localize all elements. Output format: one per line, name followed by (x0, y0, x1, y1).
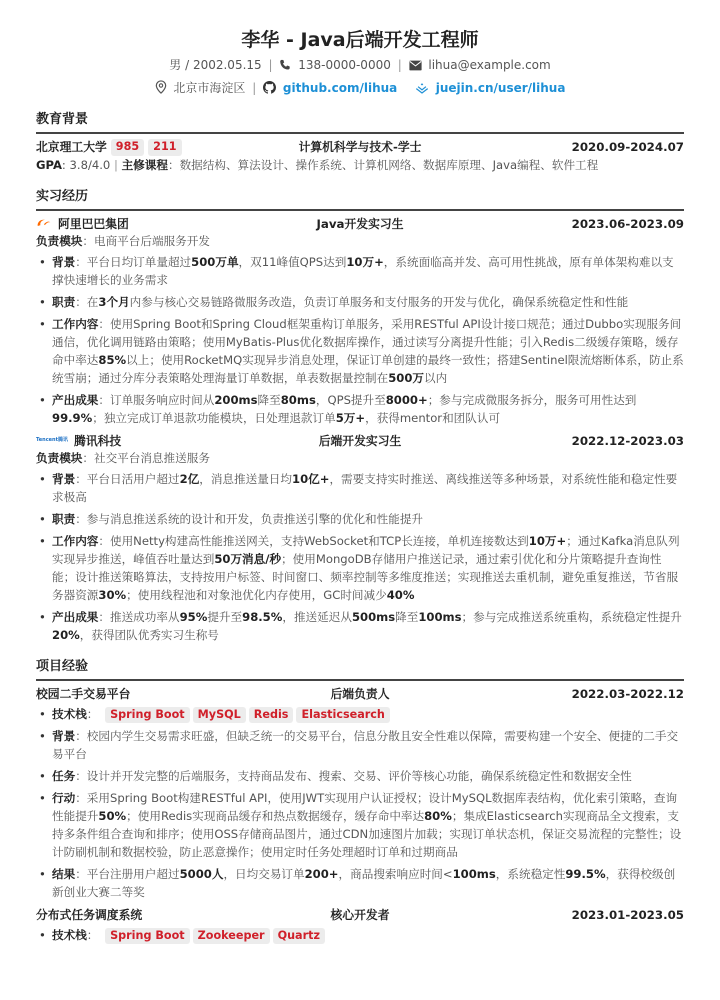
bullet-label: 职责 (52, 295, 75, 309)
resume-page: 李华 - Java后端开发工程师 男 / 2002.05.15 | 138-00… (0, 0, 720, 945)
bullet-list: 技术栈： Spring BootZookeeperQuartz (36, 927, 684, 945)
bullet-label: 背景 (52, 729, 75, 743)
project-task-scheduler: 分布式任务调度系统 核心开发者 2023.01-2023.05 技术栈： Spr… (36, 906, 684, 945)
separator: | (252, 81, 256, 95)
gender-birth: 男 / 2002.05.15 (169, 58, 261, 72)
project-name: 校园二手交易平台 (36, 685, 252, 703)
education-period: 2020.09-2024.07 (468, 138, 684, 156)
bullet-item: 职责：参与消息推送系统的设计和开发，负责推送引擎的优化和性能提升 (36, 511, 684, 529)
bullet-list: 背景：平台日活用户超过2亿，消息推送量日均10亿+，需要支持实时推送、离线推送等… (36, 471, 684, 645)
section-title-projects: 项目经验 (36, 657, 684, 681)
bullet-item: 结果：平台注册用户超过5000人，日均交易订单200+，商品搜索响应时间<100… (36, 866, 684, 902)
major: 计算机科学与技术-学士 (252, 138, 468, 156)
contact-line-2: 北京市海淀区 | github.com/lihua juejin.cn/user… (36, 80, 684, 98)
company-name: 阿里巴巴集团 (58, 215, 129, 233)
resume-header: 李华 - Java后端开发工程师 男 / 2002.05.15 | 138-00… (36, 29, 684, 98)
gpa-value: : 3.8/4.0 (62, 158, 110, 172)
tech-stack-label: 技术栈 (52, 707, 87, 721)
location-pin-icon (155, 80, 167, 98)
school-tag: 985 (111, 139, 144, 155)
tech-tag: Quartz (273, 928, 325, 944)
module-line: 负责模块：电商平台后端服务开发 (36, 233, 684, 251)
tencent-logo-icon: Tencent腾讯 (36, 438, 68, 443)
alibaba-logo-icon (36, 215, 52, 233)
internship-alibaba: 阿里巴巴集团 Java开发实习生 2023.06-2023.09 负责模块：电商… (36, 215, 684, 428)
tech-tag: Spring Boot (105, 928, 190, 944)
tech-tag: Zookeeper (193, 928, 270, 944)
section-title-education: 教育背景 (36, 110, 684, 134)
bullet-label: 结果 (52, 867, 75, 881)
tech-tag: Redis (249, 707, 294, 723)
company-name: 腾讯科技 (74, 432, 121, 450)
courses-value: ：数据结构、算法设计、操作系统、计算机网络、数据库原理、Java编程、软件工程 (168, 158, 598, 172)
github-link[interactable]: github.com/lihua (283, 81, 397, 95)
education-row: 北京理工大学 985 211 计算机科学与技术-学士 2020.09-2024.… (36, 138, 684, 156)
juejin-icon (415, 82, 429, 98)
bullet-item: 背景：平台日均订单量超过500万单，双11峰值QPS达到10万+，系统面临高并发… (36, 254, 684, 290)
project-name: 分布式任务调度系统 (36, 906, 252, 924)
phone-number: 138-0000-0000 (298, 58, 391, 72)
bullet-label: 职责 (52, 512, 75, 526)
bullet-item: 任务：设计并开发完整的后端服务，支持商品发布、搜索、交易、评价等核心功能，确保系… (36, 768, 684, 786)
project-header: 分布式任务调度系统 核心开发者 2023.01-2023.05 (36, 906, 684, 924)
bullet-item: 工作内容：使用Spring Boot和Spring Cloud框架重构订单服务，… (36, 316, 684, 388)
gpa-label: GPA (36, 158, 62, 172)
separator: | (269, 58, 273, 72)
bullet-label: 产出成果 (52, 393, 98, 407)
section-title-internships: 实习经历 (36, 187, 684, 211)
location: 北京市海淀区 (173, 81, 245, 95)
bullet-item: 职责：在3个月内参与核心交易链路微服务改造，负责订单服务和支付服务的开发与优化，… (36, 294, 684, 312)
tech-tag: Elasticsearch (296, 707, 389, 723)
bullet-label: 产出成果 (52, 610, 98, 624)
education-details: GPA: 3.8/4.0 | 主修课程：数据结构、算法设计、操作系统、计算机网络… (36, 157, 684, 175)
courses-label: 主修课程 (122, 158, 168, 172)
bullet-item: 工作内容：使用Netty构建高性能推送网关，支持WebSocket和TCP长连接… (36, 533, 684, 605)
tech-tag: Spring Boot (105, 707, 190, 723)
page-title: 李华 - Java后端开发工程师 (36, 29, 684, 52)
tech-stack-item: 技术栈： Spring BootMySQLRedisElasticsearch (36, 706, 684, 724)
juejin-link[interactable]: juejin.cn/user/lihua (436, 81, 566, 95)
internship-tencent: Tencent腾讯 腾讯科技 后端开发实习生 2022.12-2023.03 负… (36, 432, 684, 645)
tech-tag: MySQL (193, 707, 246, 723)
bullet-item: 背景：校园内学生交易需求旺盛，但缺乏统一的交易平台，信息分散且安全性难以保障，需… (36, 728, 684, 764)
bullet-item: 产出成果：推送成功率从95%提升至98.5%，推送延迟从500ms降至100ms… (36, 609, 684, 645)
bullet-list: 技术栈： Spring BootMySQLRedisElasticsearch (36, 706, 684, 724)
project-period: 2023.01-2023.05 (468, 906, 684, 924)
job-role: 后端开发实习生 (252, 432, 468, 450)
module-line: 负责模块：社交平台消息推送服务 (36, 450, 684, 468)
separator: | (398, 58, 402, 72)
bullet-item: 产出成果：订单服务响应时间从200ms降至80ms，QPS提升至8000+；参与… (36, 392, 684, 428)
tech-stack-label: 技术栈 (52, 928, 87, 942)
bullet-label: 工作内容 (52, 317, 98, 331)
internship-header: Tencent腾讯 腾讯科技 后端开发实习生 2022.12-2023.03 (36, 432, 684, 450)
internship-header: 阿里巴巴集团 Java开发实习生 2023.06-2023.09 (36, 215, 684, 233)
module-value: ：电商平台后端服务开发 (82, 234, 210, 248)
job-period: 2023.06-2023.09 (468, 215, 684, 233)
bullet-label: 背景 (52, 255, 75, 269)
bullet-label: 背景 (52, 472, 75, 486)
bullet-label: 工作内容 (52, 534, 98, 548)
bullet-item: 背景：平台日活用户超过2亿，消息推送量日均10亿+，需要支持实时推送、离线推送等… (36, 471, 684, 507)
project-period: 2022.03-2022.12 (468, 685, 684, 703)
email-address: lihua@example.com (428, 58, 550, 72)
project-campus-trade: 校园二手交易平台 后端负责人 2022.03-2022.12 技术栈： Spri… (36, 685, 684, 902)
school-tag: 211 (148, 139, 181, 155)
school-name: 北京理工大学 (36, 138, 107, 156)
github-icon (263, 81, 276, 98)
project-role: 核心开发者 (252, 906, 468, 924)
job-period: 2022.12-2023.03 (468, 432, 684, 450)
module-value: ：社交平台消息推送服务 (82, 451, 210, 465)
job-role: Java开发实习生 (252, 215, 468, 233)
phone-icon (279, 59, 291, 75)
bullet-label: 行动 (52, 791, 75, 805)
project-role: 后端负责人 (252, 685, 468, 703)
bullet-item: 行动：采用Spring Boot构建RESTful API，使用JWT实现用户认… (36, 790, 684, 862)
module-label: 负责模块 (36, 451, 82, 465)
module-label: 负责模块 (36, 234, 82, 248)
bullet-list: 背景：平台日均订单量超过500万单，双11峰值QPS达到10万+，系统面临高并发… (36, 254, 684, 428)
envelope-icon (409, 59, 422, 75)
contact-line-1: 男 / 2002.05.15 | 138-0000-0000 | lihua@e… (36, 57, 684, 75)
bullet-label: 任务 (52, 769, 75, 783)
bullet-list: 背景：校园内学生交易需求旺盛，但缺乏统一的交易平台，信息分散且安全性难以保障，需… (36, 728, 684, 902)
project-header: 校园二手交易平台 后端负责人 2022.03-2022.12 (36, 685, 684, 703)
tech-stack-item: 技术栈： Spring BootZookeeperQuartz (36, 927, 684, 945)
